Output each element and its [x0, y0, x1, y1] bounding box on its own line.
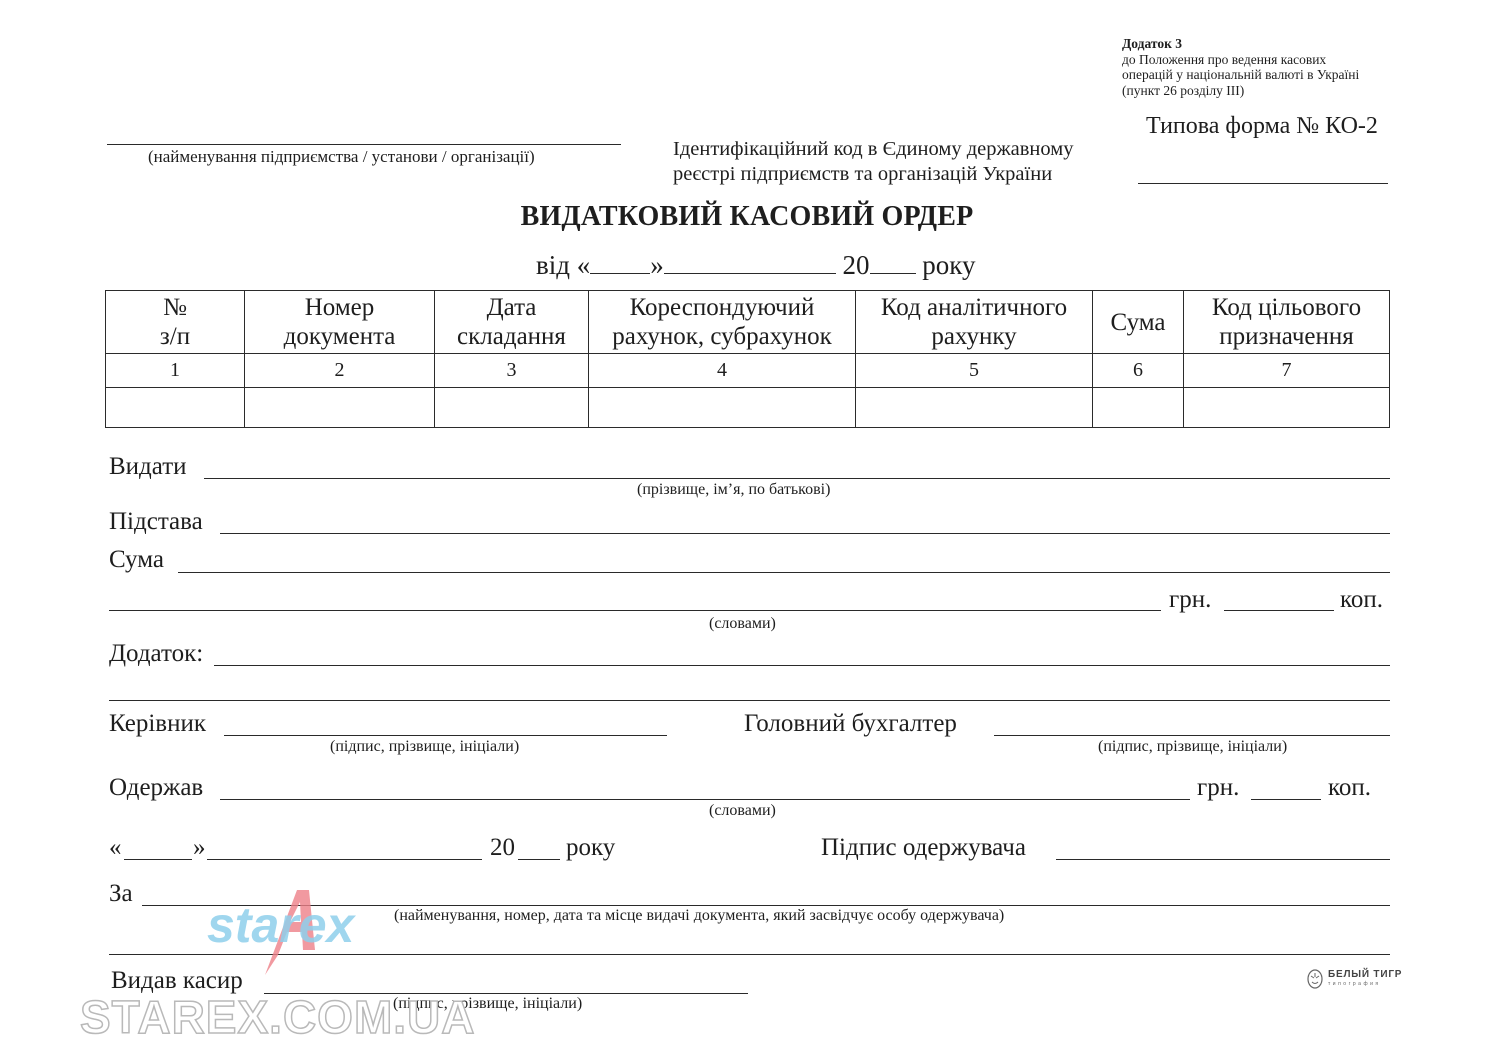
column-number: 7 — [1184, 354, 1390, 388]
by-document-label: За — [109, 880, 133, 908]
id-code-label: Ідентифікаційний код в Єдиному державном… — [673, 137, 1073, 187]
chief-accountant-label: Головний бухгалтер — [744, 710, 957, 738]
uah-label: грн. — [1169, 586, 1211, 614]
manager-signature-field[interactable] — [224, 735, 667, 736]
column-number: 3 — [435, 354, 589, 388]
document-title: ВИДАТКОВИЙ КАСОВИЙ ОРДЕР — [0, 201, 1494, 233]
table-cell[interactable] — [589, 388, 856, 428]
table-cell[interactable] — [1184, 388, 1390, 428]
col-header-date: Датаскладання — [435, 291, 589, 354]
column-number: 2 — [245, 354, 435, 388]
received-kop-label: коп. — [1328, 774, 1371, 802]
table-cell[interactable] — [1093, 388, 1184, 428]
column-number: 1 — [106, 354, 245, 388]
chief-accountant-signature-hint: (підпис, прізвище, ініціали) — [1098, 738, 1287, 756]
received-amount-words-field[interactable] — [220, 799, 1190, 800]
table-header-row: №з/п Номердокумента Датаскладання Коресп… — [106, 291, 1390, 354]
id-code-label-line: Ідентифікаційний код в Єдиному державном… — [673, 137, 1073, 162]
receipt-month-field[interactable] — [207, 859, 482, 860]
month-field[interactable] — [664, 253, 836, 274]
attachment-field-2[interactable] — [109, 700, 1390, 701]
printer-sub: типография — [1328, 981, 1381, 987]
column-number: 4 — [589, 354, 856, 388]
annex-note: Додаток 3 до Положення про ведення касов… — [1122, 36, 1359, 98]
day-field[interactable] — [590, 253, 650, 274]
recipient-signature-label: Підпис одержувача — [821, 834, 1026, 862]
in-words-hint: (словами) — [709, 615, 776, 633]
tiger-head-icon — [1306, 968, 1324, 990]
col-header-document-number: Номердокумента — [245, 291, 435, 354]
table-cell[interactable] — [245, 388, 435, 428]
form-code: Типова форма № КО-2 — [1146, 113, 1378, 140]
amount-field[interactable] — [178, 572, 1390, 573]
organization-field[interactable] — [107, 144, 621, 145]
issue-to-field[interactable] — [204, 478, 1390, 479]
received-kop-field[interactable] — [1251, 799, 1321, 800]
organization-hint: (найменування підприємства / установи / … — [148, 147, 535, 167]
id-code-field[interactable] — [1138, 183, 1388, 184]
document-hint: (найменування, номер, дата та місце вида… — [394, 907, 1004, 925]
manager-signature-hint: (підпис, прізвище, ініціали) — [330, 738, 519, 756]
column-number: 6 — [1093, 354, 1184, 388]
received-label: Одержав — [109, 774, 203, 802]
amount-words-field[interactable] — [109, 610, 1161, 611]
annex-line: до Положення про ведення касових — [1122, 52, 1359, 68]
attachment-field[interactable] — [214, 665, 1390, 666]
annex-title: Додаток 3 — [1122, 36, 1359, 52]
chief-accountant-signature-field[interactable] — [994, 735, 1390, 736]
issue-to-hint: (прізвище, ім’я, по батькові) — [637, 481, 830, 499]
receipt-year-suffix: року — [566, 834, 615, 862]
annex-line: (пункт 26 розділу ІІІ) — [1122, 83, 1359, 99]
starex-watermark-logo: starex — [205, 880, 395, 980]
recipient-signature-field[interactable] — [1056, 859, 1390, 860]
date-prefix: від « — [536, 250, 590, 280]
received-in-words-hint: (словами) — [709, 802, 776, 820]
kop-label: коп. — [1340, 586, 1383, 614]
receipt-year-prefix: 20 — [490, 834, 515, 862]
printer-logo: БЕЛЫЙ ТИГР типография — [1306, 968, 1392, 990]
annex-line: операцій у національній валюті в Україні — [1122, 67, 1359, 83]
receipt-day-field[interactable] — [124, 859, 192, 860]
table-cell[interactable] — [435, 388, 589, 428]
printer-name: БЕЛЫЙ ТИГР — [1328, 969, 1402, 980]
col-header-corresponding-account: Кореспондуючийрахунок, субрахунок — [589, 291, 856, 354]
col-header-analytic-code: Код аналітичногорахунку — [856, 291, 1093, 354]
col-header-sum: Сума — [1093, 291, 1184, 354]
id-code-label-line: реєстрі підприємств та організацій Украї… — [673, 162, 1073, 187]
receipt-date-open-quote: « — [109, 834, 122, 862]
amount-label: Сума — [109, 546, 164, 574]
manager-label: Керівник — [109, 710, 206, 738]
table-cell[interactable] — [106, 388, 245, 428]
kop-field[interactable] — [1224, 610, 1334, 611]
attachment-label: Додаток: — [109, 640, 203, 668]
date-suffix: року — [916, 250, 976, 280]
year-field[interactable] — [870, 253, 916, 274]
issue-to-label: Видати — [109, 453, 187, 481]
basis-field[interactable] — [220, 533, 1390, 534]
table-number-row: 1 2 3 4 5 6 7 — [106, 354, 1390, 388]
order-date-line: від «» 20 року — [536, 250, 976, 281]
received-uah-label: грн. — [1197, 774, 1239, 802]
col-header-number: №з/п — [106, 291, 245, 354]
basis-label: Підстава — [109, 508, 203, 536]
starex-watermark-site: STAREX.COM.UA — [80, 990, 476, 1044]
year-prefix: 20 — [836, 250, 870, 280]
receipt-date-close-quote: » — [193, 834, 206, 862]
table-row — [106, 388, 1390, 428]
table-cell[interactable] — [856, 388, 1093, 428]
col-header-purpose-code: Код цільовогопризначення — [1184, 291, 1390, 354]
column-number: 5 — [856, 354, 1093, 388]
svg-text:starex: starex — [207, 897, 357, 953]
order-table: №з/п Номердокумента Датаскладання Коресп… — [105, 290, 1390, 428]
date-mid: » — [650, 250, 664, 280]
receipt-year-field[interactable] — [518, 859, 560, 860]
